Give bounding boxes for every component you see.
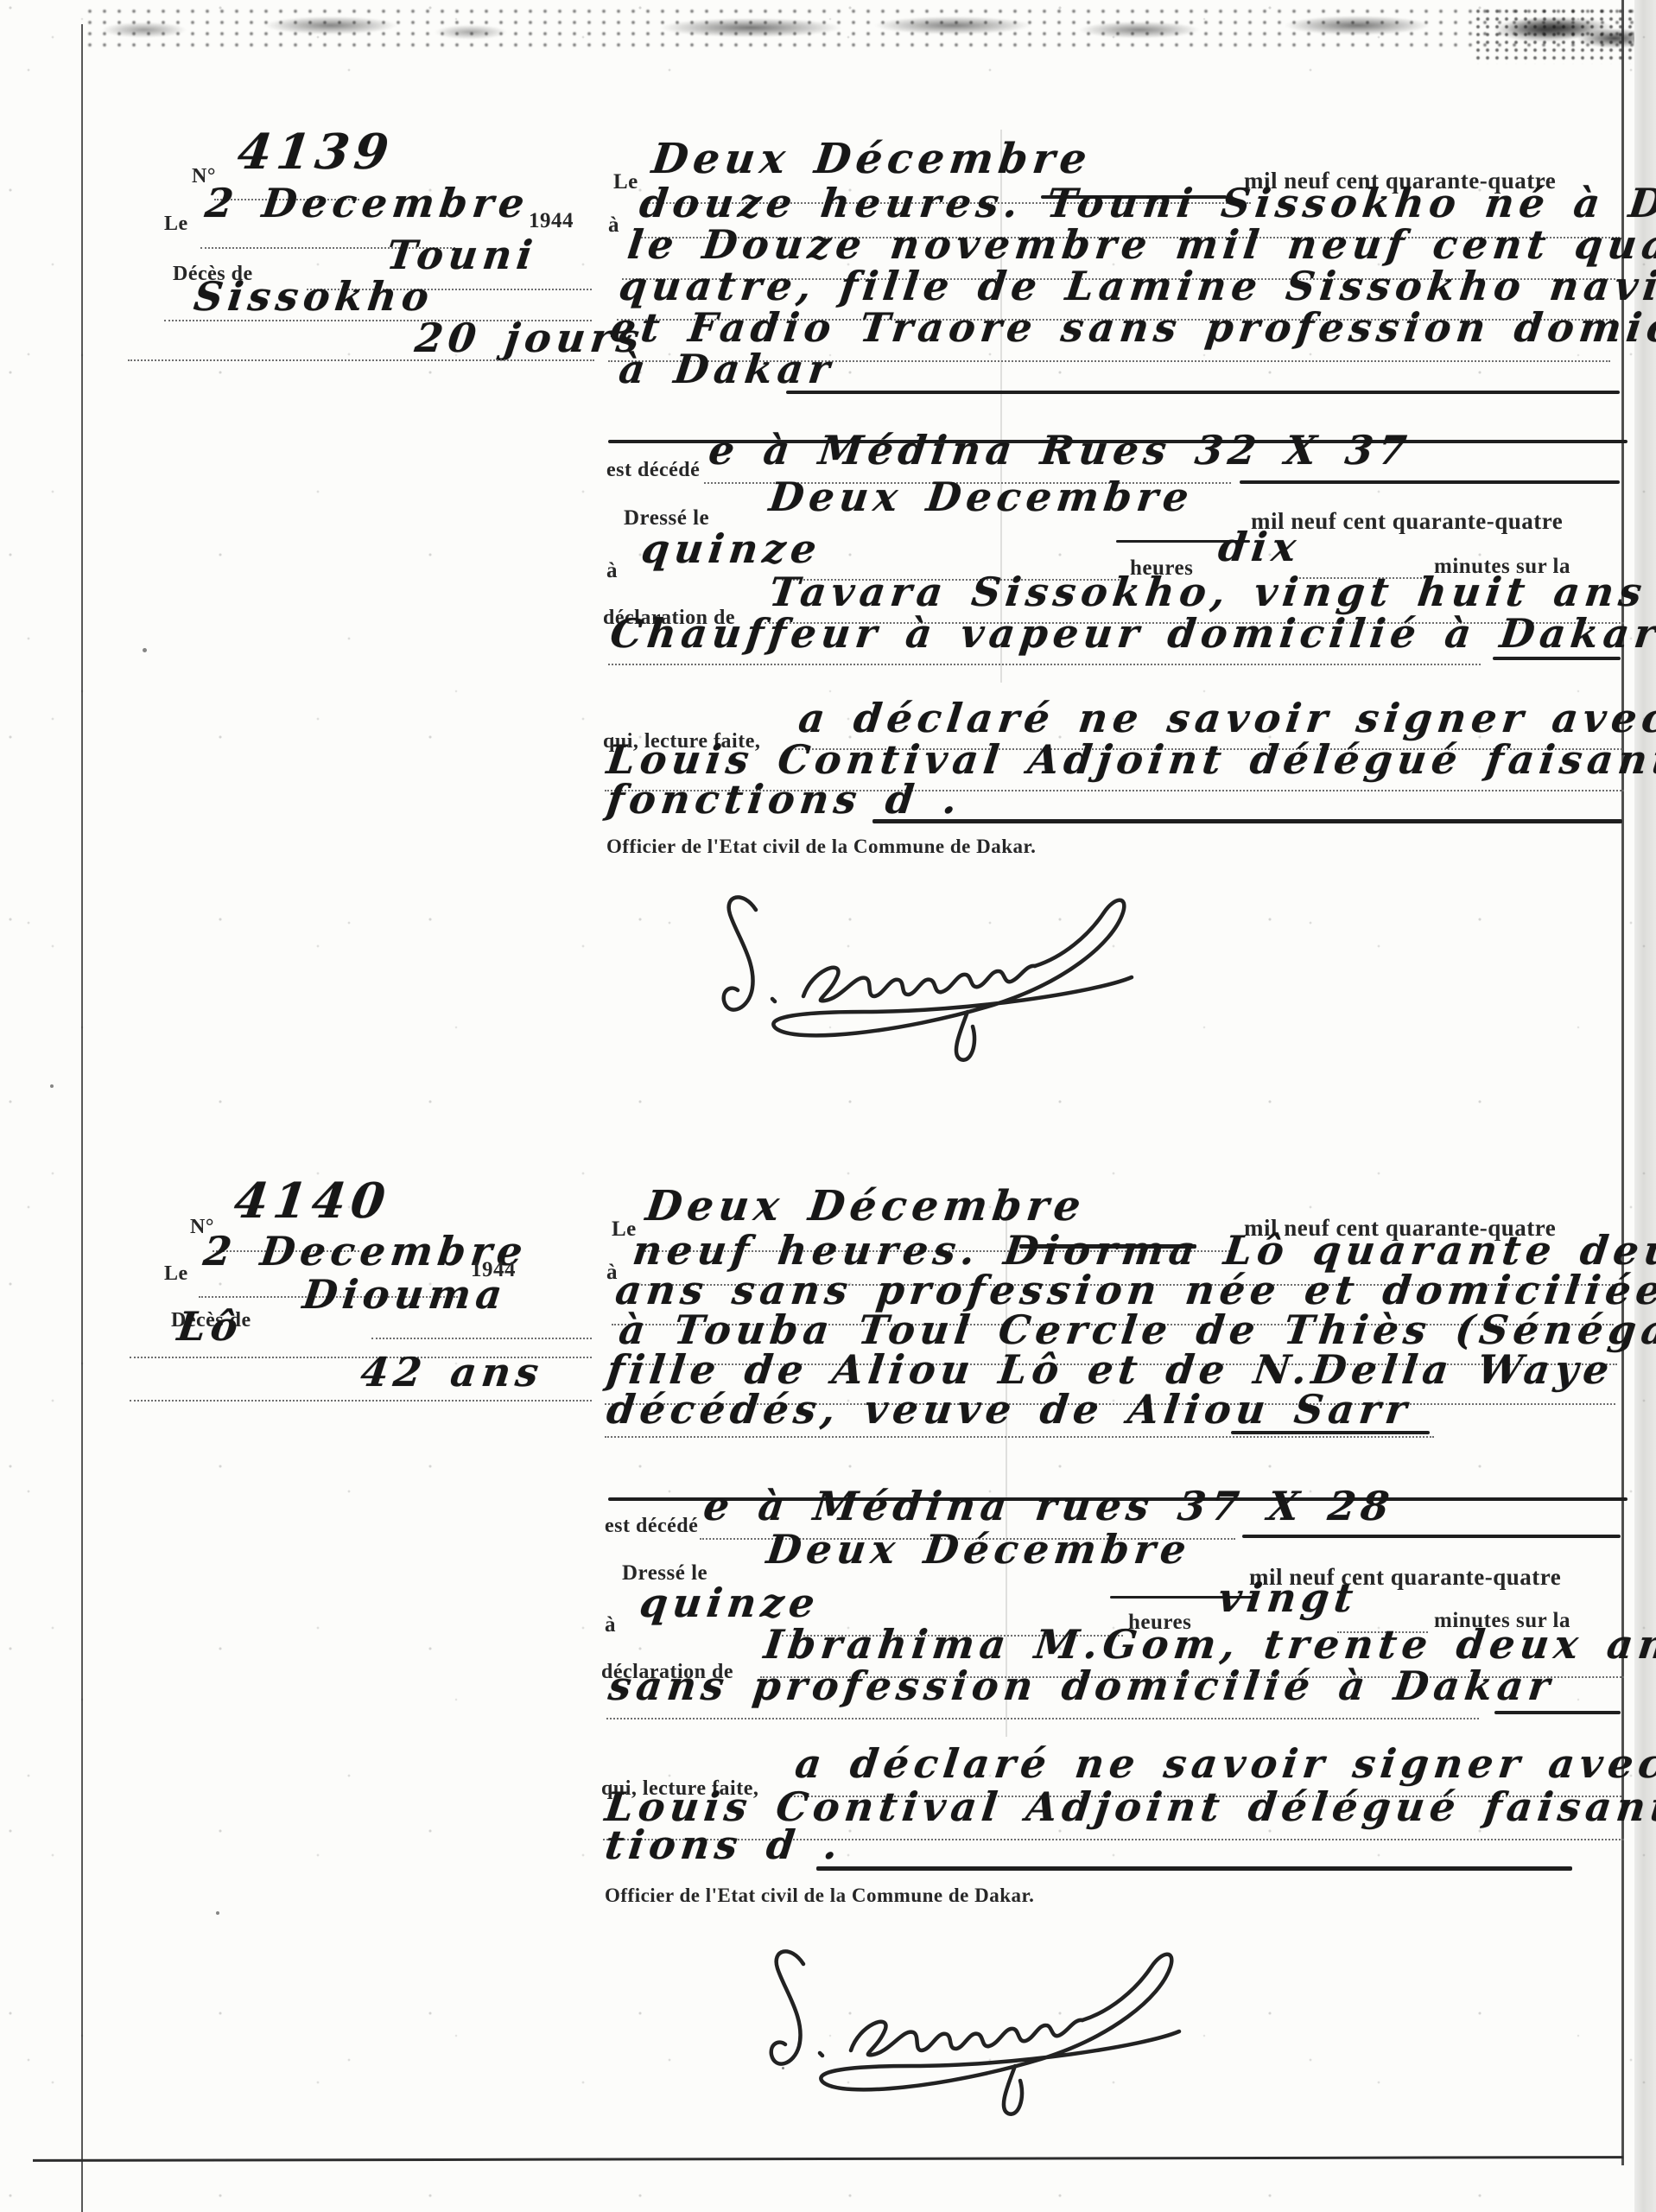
margin-date-label: Le xyxy=(164,213,188,234)
body-line4: quatre, fille de Lamine Sissokho navigat… xyxy=(617,266,1656,306)
margin-rule xyxy=(130,1400,592,1402)
body-line5: et Fadio Traore sans profession domicili… xyxy=(608,308,1656,347)
body-line5: fille de Aliou Lô et de N.Della Waye xyxy=(605,1350,1616,1389)
body-line2: neuf heures. Diorma Lô quarante deux xyxy=(631,1230,1656,1270)
body-a-label: à xyxy=(608,214,619,236)
hour-a-label: à xyxy=(605,1614,616,1636)
hand-filler-stroke xyxy=(1494,1711,1621,1714)
margin-deceased-name-2: Sissokho xyxy=(192,276,436,316)
ink-speck xyxy=(216,1911,219,1915)
hand-filler-stroke xyxy=(786,391,1620,394)
death-register-scan-page: N° 4139 Le 2 Decembre 1944 Décès de Toun… xyxy=(0,0,1656,2212)
body-line6: décédés, veuve de Aliou Sarr xyxy=(605,1389,1414,1429)
scan-noise-band xyxy=(82,5,1637,50)
page-bottom-rule xyxy=(33,2156,1623,2162)
margin-deceased-name-1: Touni xyxy=(384,235,540,275)
hand-filler-stroke xyxy=(872,819,1622,823)
margin-deceased-name-1: Diouma xyxy=(301,1274,510,1314)
closing-line3: fonctions d . xyxy=(605,779,965,819)
body-line6: à Dakar xyxy=(617,349,837,389)
dresse-date: Deux Decembre xyxy=(767,477,1196,517)
minutes-value: vingt xyxy=(1216,1578,1361,1618)
closing-line1: a déclaré ne savoir signer avec nous xyxy=(796,698,1656,738)
ink-speck xyxy=(143,648,147,652)
margin-rule xyxy=(128,359,594,361)
death-place-entry: e à Médina rues 37 X 28 xyxy=(701,1486,1396,1526)
officier-label: Officier de l'Etat civil de la Commune d… xyxy=(606,836,1036,856)
scan-edge-line-left xyxy=(81,24,83,2212)
body-rule xyxy=(608,664,1481,665)
body-rule xyxy=(606,1718,1479,1719)
declarant-line1: Tavara Sissokho, vingt huit ans xyxy=(767,572,1649,612)
margin-year: 1944 xyxy=(529,210,574,232)
margin-date-value: 2 Decembre xyxy=(203,183,531,223)
death-place-entry: e à Médina Rues 32 X 37 xyxy=(707,430,1413,470)
hand-filler-stroke xyxy=(1242,1535,1621,1538)
record-number-value: 4139 xyxy=(235,128,397,176)
closing-line3: tions d . xyxy=(603,1825,846,1865)
hour-a-label: à xyxy=(606,560,618,582)
margin-rule xyxy=(371,1338,592,1339)
hand-filler-stroke xyxy=(1493,657,1621,660)
closing-line1: a déclaré ne savoir signer avec nous xyxy=(793,1744,1656,1783)
body-line2: douze heures. Touni Sissokho né à Dakar xyxy=(638,183,1656,223)
margin-date-label: Le xyxy=(164,1263,188,1284)
body-line4: à Touba Toul Cercle de Thiès (Sénégal) xyxy=(617,1310,1656,1350)
minutes-value: dix xyxy=(1216,527,1304,567)
body-line3: le Douze novembre mil neuf cent quarante xyxy=(625,225,1656,264)
body-date: Deux Décembre xyxy=(644,1185,1088,1227)
body-le-label: Le xyxy=(613,171,638,193)
closing-line2: Louis Contival Adjoint délégué faisant xyxy=(605,740,1656,779)
body-le-label: Le xyxy=(612,1218,637,1240)
hour-value: quinze xyxy=(639,529,824,569)
hour-value: quinze xyxy=(638,1583,822,1623)
dresse-date: Deux Décembre xyxy=(765,1529,1193,1569)
body-rule xyxy=(605,1436,1434,1438)
declarant-line2: sans profession domicilié à Dakar xyxy=(606,1666,1557,1706)
record-number-value: 4140 xyxy=(232,1177,393,1225)
hand-filler-stroke xyxy=(1231,1431,1430,1434)
margin-age: 42 ans xyxy=(358,1352,546,1392)
signature-contival xyxy=(682,888,1183,1074)
hand-filler-stroke xyxy=(816,1866,1572,1871)
hand-filler-stroke xyxy=(1240,480,1620,484)
ink-speck xyxy=(50,1084,54,1088)
est-decede-label: est décédé xyxy=(606,460,700,480)
officier-label: Officier de l'Etat civil de la Commune d… xyxy=(605,1885,1034,1905)
declarant-line1: Ibrahima M.Gom, trente deux ans - xyxy=(762,1624,1656,1664)
signature-contival xyxy=(730,1942,1231,2128)
declarant-line2: Chauffeur à vapeur domicilié à Dakar xyxy=(608,613,1656,653)
body-a-label: à xyxy=(606,1262,618,1283)
est-decede-label: est décédé xyxy=(605,1516,698,1536)
body-line3: ans sans profession née et domiciliée xyxy=(613,1270,1656,1310)
body-date: Deux Décembre xyxy=(650,138,1094,180)
margin-deceased-name-2: Lô xyxy=(175,1306,245,1346)
